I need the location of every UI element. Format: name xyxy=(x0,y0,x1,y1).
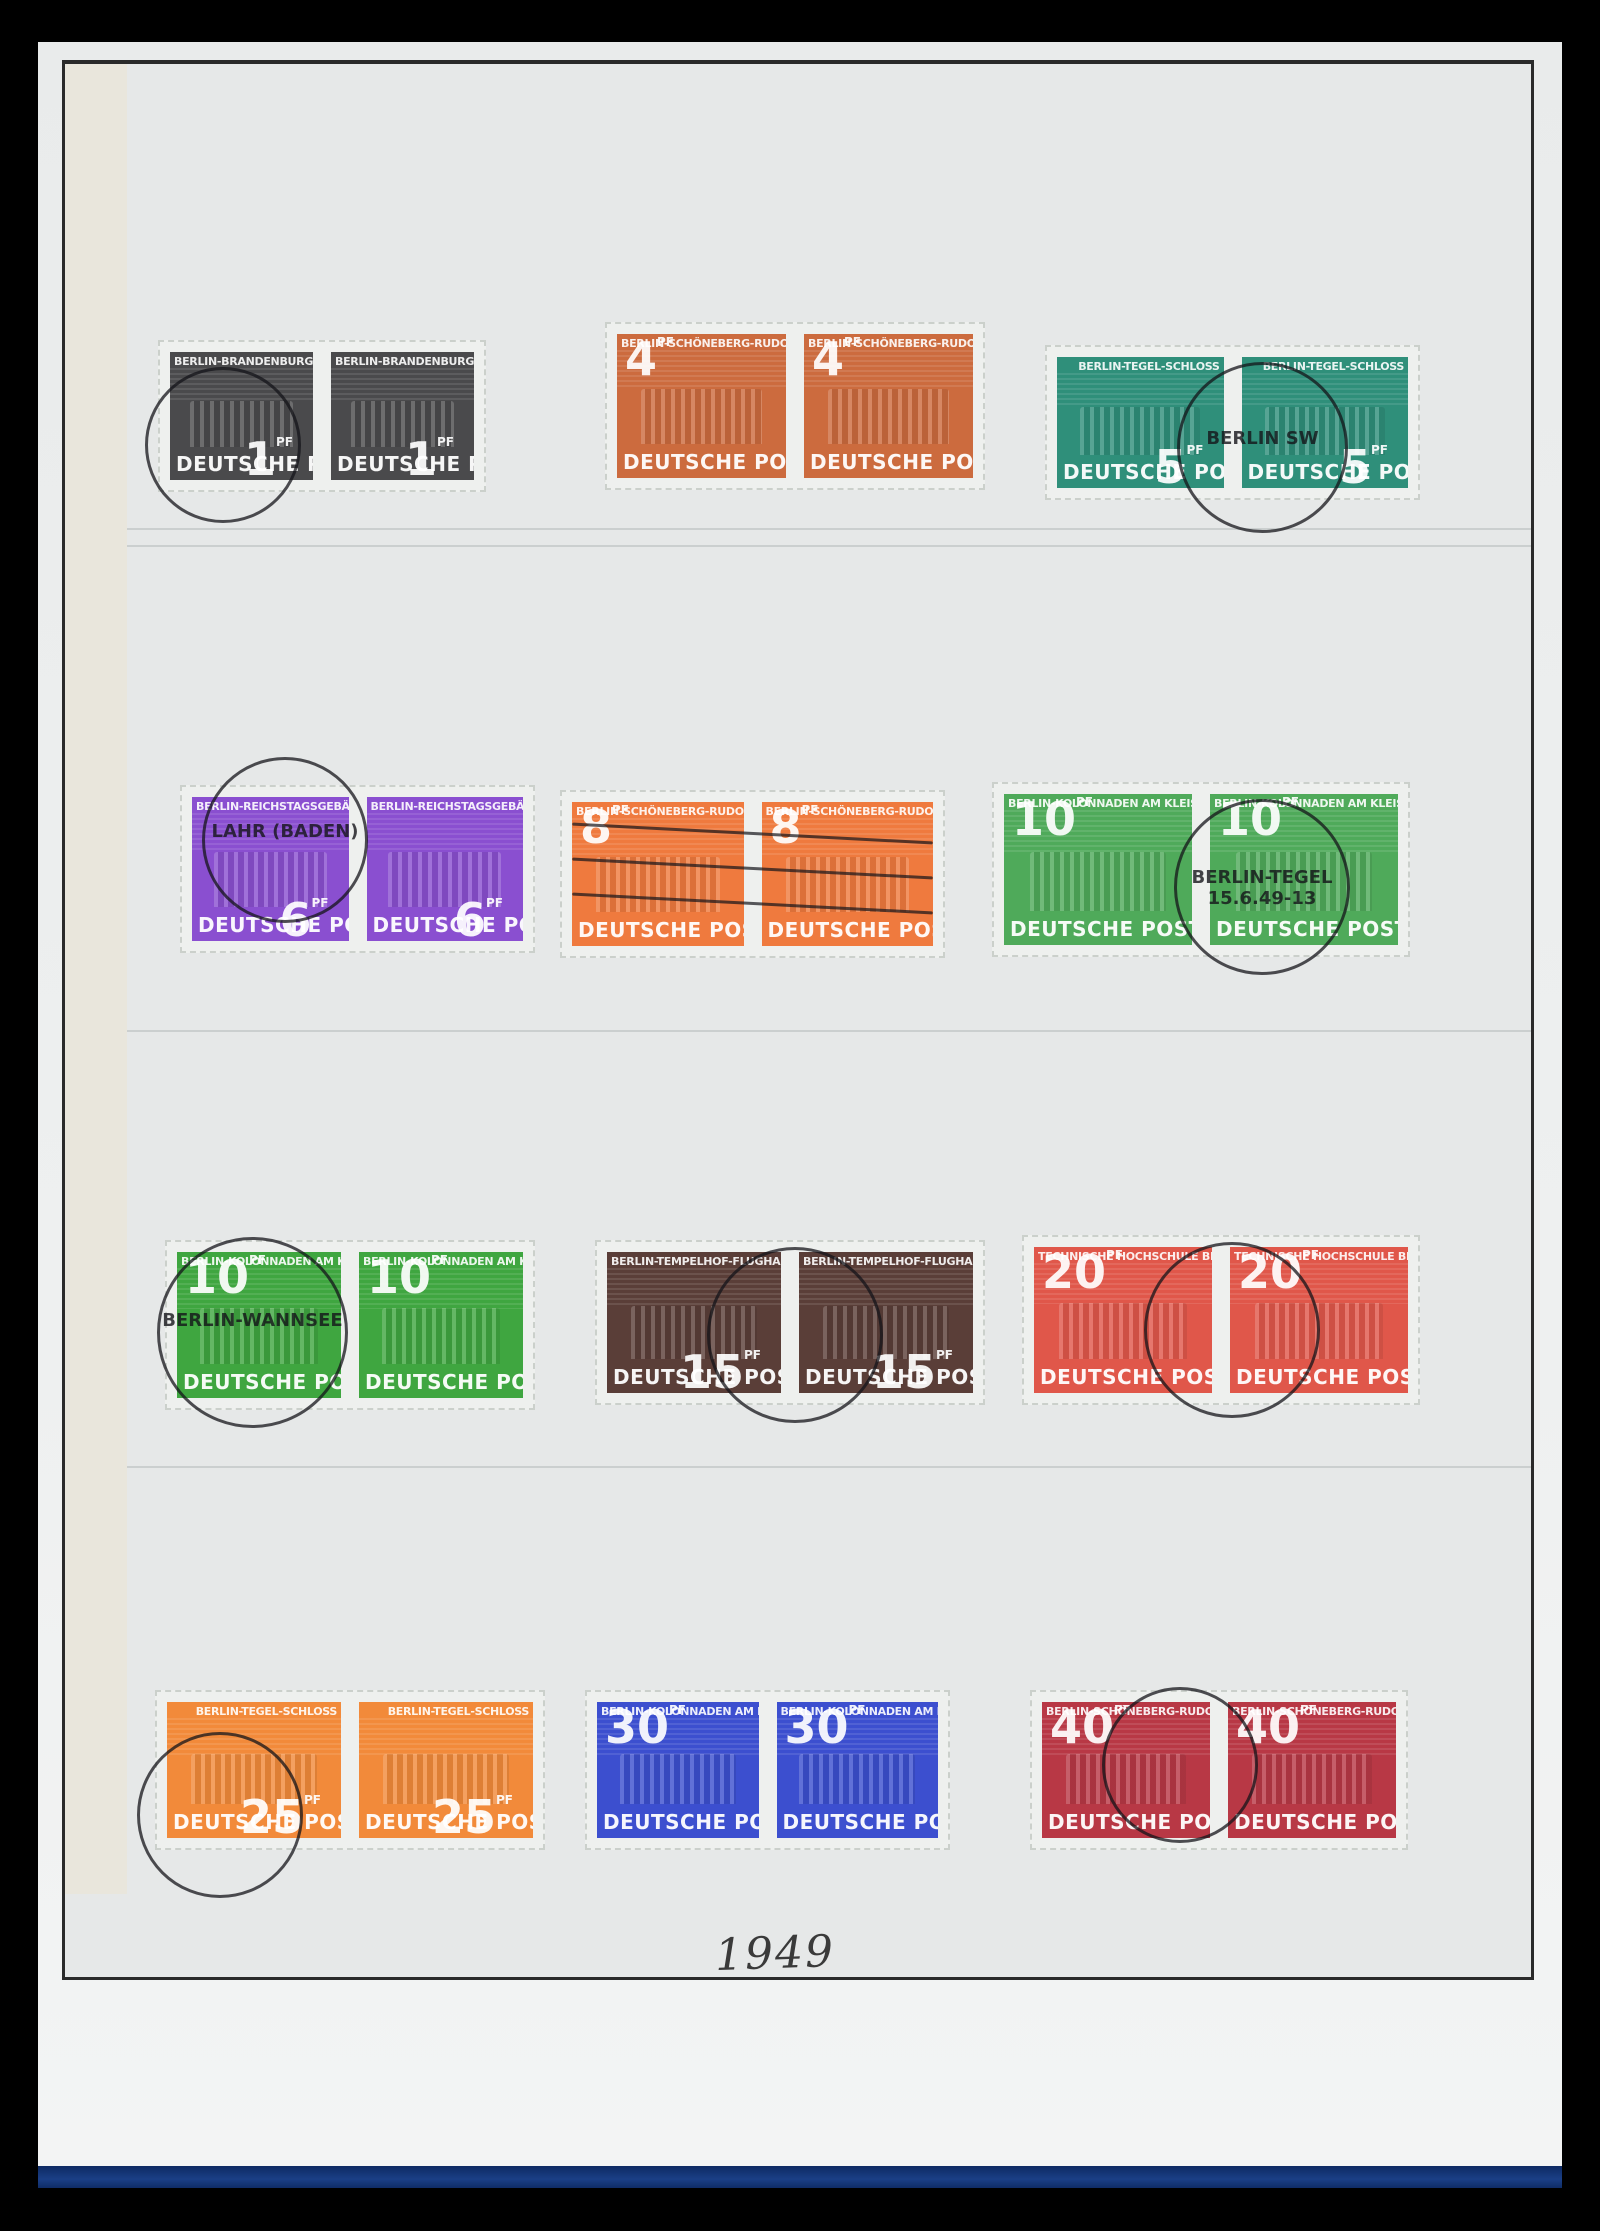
stamp-denomination: 4PF xyxy=(812,336,861,382)
stamp-pair: BERLIN-BRANDENBURGERTOR 1PF DEUTSCHE POS… xyxy=(158,340,486,492)
stamp-denomination: 6PF xyxy=(279,897,328,941)
stamp-denomination: 15PF xyxy=(680,1349,761,1393)
stamp: BERLIN-TEGEL-SCHLOSS 25PF DEUTSCHE POST xyxy=(359,1702,533,1838)
stamp-inscription: DEUTSCHE POST xyxy=(1228,1810,1396,1838)
stamp-pair: TECHNISCHE HOCHSCHULE BERLIN-CHARLOTTENB… xyxy=(1022,1235,1420,1405)
hinge-margin-strip xyxy=(65,64,127,1894)
stamp: BERLIN-SCHÖNEBERG-RUDOLFWILDE-PLATZ 40PF… xyxy=(1228,1702,1396,1838)
stamp-inscription: DEUTSCHE POST xyxy=(597,1810,759,1838)
stamp-inscription: DEUTSCHE POST xyxy=(177,1370,341,1398)
stamp-title: BERLIN-TEGEL-SCHLOSS xyxy=(359,1702,533,1718)
stamp: BERLIN-TEGEL-SCHLOSS 5PF DEUTSCHE POST xyxy=(1057,357,1224,488)
stamp-title: BERLIN-BRANDENBURGERTOR xyxy=(170,352,313,368)
stamp-denomination: 20PF xyxy=(1238,1249,1319,1295)
stamp-inscription: DEUTSCHE POST xyxy=(1034,1365,1212,1393)
stamp-denomination: 10PF xyxy=(185,1254,266,1300)
stamp-denomination: 20PF xyxy=(1042,1249,1123,1295)
stamp-pair: BERLIN-TEGEL-SCHLOSS 25PF DEUTSCHE POST … xyxy=(155,1690,545,1850)
stock-strip-divider xyxy=(127,1466,1531,1468)
stamp-inscription: DEUTSCHE POST xyxy=(1042,1810,1210,1838)
stamp: TECHNISCHE HOCHSCHULE BERLIN-CHARLOTTENB… xyxy=(1034,1247,1212,1393)
stamp-title: BERLIN-TEGEL-SCHLOSS xyxy=(1242,357,1409,373)
stamp-denomination: 15PF xyxy=(872,1349,953,1393)
stamp: BERLIN-SCHÖNEBERG-RUDOLFWILDE-PLATZ 4PF … xyxy=(804,334,973,478)
stamp: BERLIN-KOLONNADEN AM KLEISTPARK 10PF DEU… xyxy=(1004,794,1192,945)
stamp-pair: BERLIN-KOLONNADEN AM KLEISTPARK 10PF DEU… xyxy=(992,782,1410,957)
stamp: BERLIN-BRANDENBURGERTOR 1PF DEUTSCHE POS… xyxy=(170,352,313,480)
stamp-denomination: 30PF xyxy=(785,1704,866,1750)
stamp: BERLIN-BRANDENBURGERTOR 1PF DEUTSCHE POS… xyxy=(331,352,474,480)
stamp-title: BERLIN-TEMPELHOF-FLUGHAFEN xyxy=(607,1252,781,1268)
stamp-pair: BERLIN-TEGEL-SCHLOSS 5PF DEUTSCHE POST B… xyxy=(1045,345,1420,500)
stamp-title: BERLIN-BRANDENBURGERTOR xyxy=(331,352,474,368)
stamp-denomination: 10PF xyxy=(1012,796,1093,842)
stamp-denomination: 25PF xyxy=(240,1794,321,1838)
stamp-denomination: 40PF xyxy=(1050,1704,1131,1750)
stamp-denomination: 1PF xyxy=(244,436,293,480)
stamp-pair: BERLIN-KOLONNADEN AM KLEISTPARK 30PF DEU… xyxy=(585,1690,950,1850)
stamp-denomination: 6PF xyxy=(454,897,503,941)
stamp-title: BERLIN-REICHSTAGSGEBÄUDE xyxy=(367,797,524,813)
binder-cover-band xyxy=(38,2166,1562,2188)
stamp-inscription: DEUTSCHE POST xyxy=(804,450,973,478)
stamp: BERLIN-SCHÖNEBERG-RUDOLFWILDE-PLATZ 4PF … xyxy=(617,334,786,478)
stamp-pair: BERLIN-TEMPELHOF-FLUGHAFEN 15PF DEUTSCHE… xyxy=(595,1240,985,1405)
stamp-denomination: 25PF xyxy=(432,1794,513,1838)
stamp-inscription: DEUTSCHE POST xyxy=(617,450,786,478)
stamp-inscription: DEUTSCHE POST xyxy=(572,918,744,946)
stamp-denomination: 5PF xyxy=(1154,444,1203,488)
stamp: BERLIN-KOLONNADEN AM KLEISTPARK 30PF DEU… xyxy=(777,1702,939,1838)
stamp-title: BERLIN-TEMPELHOF-FLUGHAFEN xyxy=(799,1252,973,1268)
stamp: BERLIN-KOLONNADEN AM KLEISTPARK 10PF DEU… xyxy=(1210,794,1398,945)
stamp: BERLIN-KOLONNADEN AM KLEISTPARK 10PF DEU… xyxy=(177,1252,341,1398)
stamp: BERLIN-SCHÖNEBERG-RUDOLFWILDE-PLATZ 40PF… xyxy=(1042,1702,1210,1838)
stamp: BERLIN-KOLONNADEN AM KLEISTPARK 30PF DEU… xyxy=(597,1702,759,1838)
stock-strip-divider xyxy=(127,528,1531,530)
stamp: BERLIN-TEGEL-SCHLOSS 25PF DEUTSCHE POST xyxy=(167,1702,341,1838)
stamp-pair: BERLIN-SCHÖNEBERG-RUDOLFWILDE-PLATZ 40PF… xyxy=(1030,1690,1408,1850)
stamp-inscription: DEUTSCHE POST xyxy=(1210,917,1398,945)
stamp-inscription: DEUTSCHE POST xyxy=(1004,917,1192,945)
stamp: BERLIN-REICHSTAGSGEBÄUDE 6PF DEUTSCHE PO… xyxy=(367,797,524,941)
stamp-inscription: DEUTSCHE POST xyxy=(359,1370,523,1398)
stock-strip-divider xyxy=(127,1030,1531,1032)
stamp-title: BERLIN-TEGEL-SCHLOSS xyxy=(1057,357,1224,373)
stamp-denomination: 5PF xyxy=(1339,444,1388,488)
handwritten-year: 1949 xyxy=(714,1926,836,1981)
stamp-denomination: 8PF xyxy=(770,804,819,850)
stamp-inscription: DEUTSCHE POST xyxy=(762,918,934,946)
stamp-denomination: 10PF xyxy=(1218,796,1299,842)
stamp: BERLIN-KOLONNADEN AM KLEISTPARK 10PF DEU… xyxy=(359,1252,523,1398)
stamp-pair: BERLIN-SCHÖNEBERG-RUDOLFWILDE-PLATZ 8PF … xyxy=(560,790,945,958)
stamp-denomination: 10PF xyxy=(367,1254,448,1300)
stamp-pair: BERLIN-KOLONNADEN AM KLEISTPARK 10PF DEU… xyxy=(165,1240,535,1410)
stamp: BERLIN-TEMPELHOF-FLUGHAFEN 15PF DEUTSCHE… xyxy=(799,1252,973,1393)
stamp-title: BERLIN-TEGEL-SCHLOSS xyxy=(167,1702,341,1718)
stamp-denomination: 4PF xyxy=(625,336,674,382)
stamp-pair: BERLIN-REICHSTAGSGEBÄUDE 6PF DEUTSCHE PO… xyxy=(180,785,535,953)
stamp-pair: BERLIN-SCHÖNEBERG-RUDOLFWILDE-PLATZ 4PF … xyxy=(605,322,985,490)
stamp-title: BERLIN-REICHSTAGSGEBÄUDE xyxy=(192,797,349,813)
stamp-inscription: DEUTSCHE POST xyxy=(1230,1365,1408,1393)
stamp-inscription: DEUTSCHE POST xyxy=(777,1810,939,1838)
stamp: TECHNISCHE HOCHSCHULE BERLIN-CHARLOTTENB… xyxy=(1230,1247,1408,1393)
stamp-denomination: 30PF xyxy=(605,1704,686,1750)
stamp: BERLIN-TEGEL-SCHLOSS 5PF DEUTSCHE POST xyxy=(1242,357,1409,488)
stamp-denomination: 1PF xyxy=(405,436,454,480)
stamp: BERLIN-TEMPELHOF-FLUGHAFEN 15PF DEUTSCHE… xyxy=(607,1252,781,1393)
stamp: BERLIN-REICHSTAGSGEBÄUDE 6PF DEUTSCHE PO… xyxy=(192,797,349,941)
stock-strip-divider xyxy=(127,545,1531,547)
stamp-denomination: 40PF xyxy=(1236,1704,1317,1750)
